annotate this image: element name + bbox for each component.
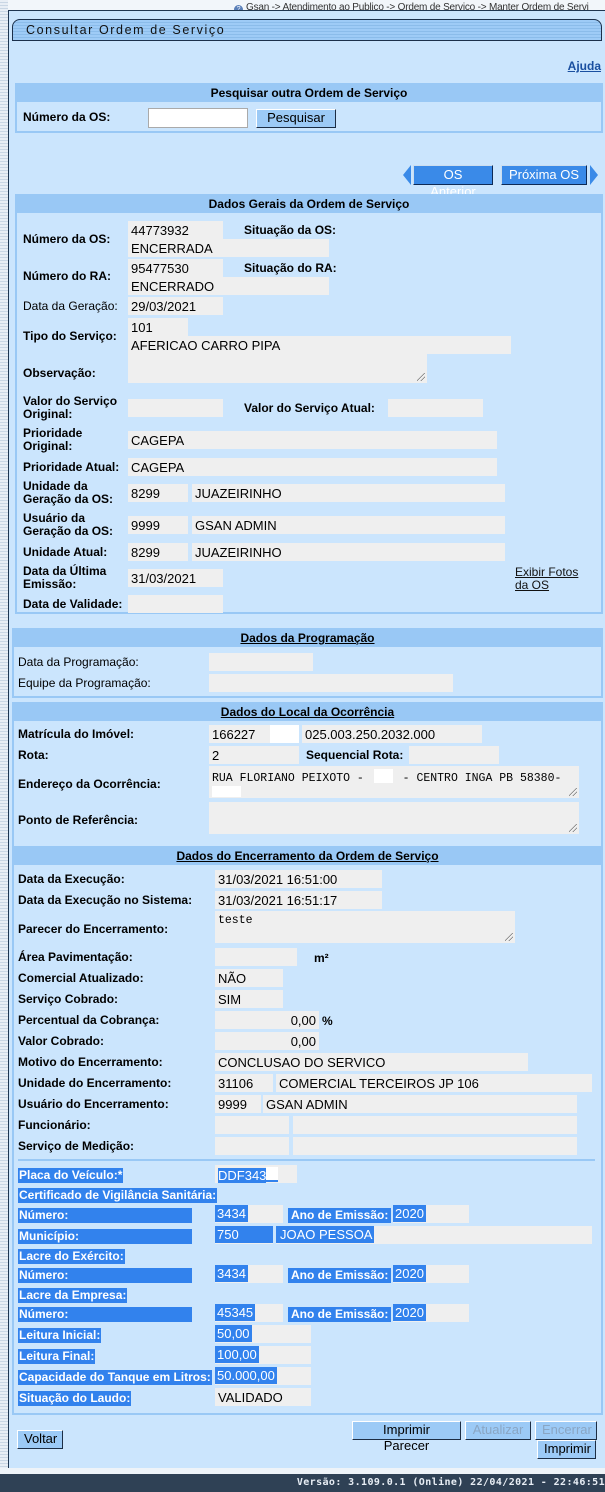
municipality-label: Município:: [18, 1229, 192, 1244]
charged-value: 0,00: [215, 1032, 319, 1050]
closure-unit-label: Unidade do Encerramento:: [18, 1077, 171, 1090]
address-line-1: RUA FLORIANO PEIXOTO -: [212, 772, 364, 785]
back-button[interactable]: Voltar: [17, 1430, 63, 1449]
company-seal-number-text: 45345: [215, 1304, 255, 1321]
resize-handle-icon[interactable]: [505, 933, 513, 941]
update-button[interactable]: Atualizar: [465, 1421, 531, 1440]
last-emission-label-line2: Emissão:: [23, 577, 76, 591]
company-seal-year-label: Ano de Emissão:: [288, 1307, 391, 1322]
army-seal-label: Lacre do Exército:: [18, 1249, 125, 1264]
print-button[interactable]: Imprimir: [537, 1440, 596, 1459]
sanitary-certificate-label: Certificado de Vigilância Sanitária:: [18, 1188, 217, 1203]
schedule-team-value: [209, 674, 453, 692]
army-seal-year-text: 2020: [393, 1265, 426, 1282]
certificate-number-text: 3434: [215, 1205, 248, 1222]
company-seal-number-label: Número:: [18, 1307, 192, 1322]
charge-percent-label: Percentual da Cobrança:: [18, 1014, 159, 1027]
municipality-name: JOAO PESSOA: [276, 1226, 592, 1244]
generation-user-name: GSAN ADMIN: [192, 516, 505, 534]
paving-area-unit: m²: [314, 952, 329, 965]
reference-label: Ponto de Referência:: [18, 814, 138, 827]
army-seal-number-value: 3434: [215, 1265, 283, 1283]
current-unit-label: Unidade Atual:: [23, 546, 107, 559]
original-priority-label-line1: Prioridade: [23, 426, 82, 440]
search-button[interactable]: Pesquisar: [256, 109, 336, 128]
next-arrow-icon[interactable]: [590, 165, 598, 185]
tank-capacity-text: 50.000,00: [215, 1367, 277, 1384]
os-status-label: Situação da OS:: [244, 224, 336, 237]
generation-unit-label-line2: Geração da OS:: [23, 492, 113, 506]
employee-code: [215, 1116, 289, 1134]
report-status-label: Situação do Laudo:: [18, 1391, 131, 1406]
validity-date-value: [128, 595, 223, 613]
initial-reading-label: Leitura Inicial:: [18, 1328, 101, 1343]
company-seal-year-text: 2020: [393, 1304, 426, 1321]
certificate-year-label: Ano de Emissão:: [288, 1208, 391, 1223]
generation-user-label: Usuário daGeração da OS:: [23, 512, 113, 538]
current-unit-code: 8299: [128, 543, 188, 561]
current-value-label: Valor do Serviço Atual:: [244, 402, 375, 415]
schedule-team-label: Equipe da Programação:: [18, 677, 151, 690]
municipality-name-text: JOAO PESSOA: [276, 1226, 374, 1243]
report-status-value: VALIDADO: [215, 1388, 311, 1406]
tank-capacity-value: 50.000,00: [215, 1367, 311, 1385]
company-seal-label: Lacre da Empresa:: [18, 1288, 127, 1303]
schedule-header-text: Dados da Programação: [240, 631, 374, 645]
address-line-2: - CENTRO INGA PB 58380-: [403, 772, 562, 785]
municipality-code-text: 750: [215, 1226, 273, 1243]
original-value-label-line2: Original:: [23, 407, 72, 421]
original-priority-label: PrioridadeOriginal:: [23, 427, 82, 453]
redacted-block: [374, 769, 393, 783]
generation-date-label: Data da Geração:: [23, 300, 118, 313]
tank-capacity-label: Capacidade do Tanque em Litros:: [18, 1370, 212, 1385]
route-label: Rota:: [18, 749, 49, 762]
closure-user-label: Usuário do Encerramento:: [18, 1098, 169, 1111]
charge-percent-unit: %: [322, 1015, 333, 1028]
original-priority-label-line2: Original:: [23, 439, 72, 453]
service-type-code: 101: [128, 318, 188, 336]
original-value-label: Valor do ServiçoOriginal:: [23, 395, 117, 421]
system-date-label: Data da Execução no Sistema:: [18, 894, 192, 907]
company-seal-year-value: 2020: [393, 1304, 469, 1322]
last-emission-label-line1: Data da Última: [23, 564, 106, 578]
paving-area-label: Área Pavimentação:: [18, 951, 133, 964]
title-bar: Consultar Ordem de Serviço: [12, 19, 602, 41]
search-label: Número da OS:: [23, 111, 110, 124]
paving-area-value: [215, 948, 297, 966]
generation-unit-label: Unidade daGeração da OS:: [23, 480, 113, 506]
final-reading-label: Leitura Final:: [18, 1349, 95, 1364]
last-emission-value: 31/03/2021: [128, 569, 223, 587]
employee-name: [293, 1116, 577, 1134]
closure-header-text: Dados do Encerramento da Ordem de Serviç…: [176, 849, 438, 863]
schedule-date-value: [209, 653, 313, 671]
general-data-header: Dados Gerais da Ordem de Serviço: [17, 196, 601, 213]
army-seal-year-value: 2020: [393, 1265, 469, 1283]
system-date-value: 31/03/2021 16:51:17: [215, 891, 382, 909]
show-photos-link[interactable]: Exibir Fotosda OS: [515, 566, 578, 592]
resize-handle-icon[interactable]: [569, 788, 577, 796]
last-emission-label: Data da ÚltimaEmissão:: [23, 565, 106, 591]
search-section: Pesquisar outra Ordem de Serviço Número …: [15, 83, 603, 133]
closure-section: Dados do Encerramento da Ordem de Serviç…: [12, 846, 603, 1415]
close-os-button[interactable]: Encerrar: [535, 1421, 597, 1440]
army-seal-number-label: Número:: [18, 1268, 192, 1283]
os-number-label: Número da OS:: [23, 233, 110, 246]
army-seal-number-text: 3434: [215, 1265, 248, 1282]
help-link[interactable]: Ajuda: [568, 59, 601, 73]
observation-textarea[interactable]: [128, 351, 427, 383]
generation-date-value: 29/03/2021: [128, 297, 223, 315]
redacted-block: [212, 786, 241, 797]
closure-reason-value: CONCLUSAO DO SERVICO: [215, 1053, 528, 1071]
vehicle-plate-value: DDF343: [215, 1165, 297, 1183]
property-id-label: Matrícula do Imóvel:: [18, 728, 134, 741]
service-charged-label: Serviço Cobrado:: [18, 993, 118, 1006]
show-photos-link-line1[interactable]: Exibir Fotos: [515, 565, 578, 579]
footer-version: Versão: 3.109.0.1 (Online) 22/04/2021 - …: [0, 1474, 605, 1492]
service-type-label: Tipo do Serviço:: [23, 330, 117, 343]
plate-trailing-selection: [266, 1167, 278, 1182]
location-header: Dados do Local da Ocorrência: [14, 704, 601, 721]
location-section: Dados do Local da Ocorrência Matrícula d…: [12, 702, 603, 850]
certificate-number-label: Número:: [18, 1208, 192, 1223]
current-priority-value: CAGEPA: [128, 458, 497, 476]
schedule-section: Dados da Programação Data da Programação…: [12, 628, 603, 698]
ra-status-label: Situação do RA:: [244, 262, 337, 275]
certificate-number-value: 3434: [215, 1205, 283, 1223]
army-seal-year-label: Ano de Emissão:: [288, 1268, 391, 1283]
generation-unit-code: 8299: [128, 484, 188, 502]
initial-reading-value: 50,00: [215, 1325, 311, 1343]
service-charged-value: SIM: [215, 990, 283, 1008]
general-data-section: Dados Gerais da Ordem de Serviço Número …: [15, 194, 603, 614]
closure-opinion-textarea[interactable]: teste: [215, 911, 515, 943]
ra-status-value: ENCERRADO: [128, 277, 329, 295]
final-reading-value: 100,00: [215, 1346, 311, 1364]
section-divider: [18, 1159, 595, 1161]
address-label: Endereço da Ocorrência:: [18, 778, 161, 791]
os-status-value: ENCERRADA: [128, 239, 329, 257]
original-value-label-line1: Valor do Serviço: [23, 394, 117, 408]
search-header: Pesquisar outra Ordem de Serviço: [17, 85, 601, 102]
generation-unit-name: JUAZEIRINHO: [192, 484, 505, 502]
certificate-year-value: 2020: [393, 1205, 469, 1223]
execution-date-value: 31/03/2021 16:51:00: [215, 870, 382, 888]
commercial-updated-label: Comercial Atualizado:: [18, 972, 144, 985]
generation-user-label-line2: Geração da OS:: [23, 524, 113, 538]
main-panel: Consultar Ordem de Serviço Ajuda Pesquis…: [8, 10, 605, 1470]
current-priority-label: Prioridade Atual:: [23, 461, 119, 474]
closure-opinion-label: Parecer do Encerramento:: [18, 923, 168, 936]
route-sequence-value: [409, 746, 499, 764]
measurement-service-code: [215, 1137, 289, 1155]
os-number-value: 44773932: [128, 221, 223, 239]
commercial-updated-value: NÃO: [215, 969, 283, 987]
validity-date-label: Data de Validade:: [23, 598, 122, 611]
os-number-input[interactable]: [148, 108, 248, 128]
charge-percent-value: 0,00: [215, 1011, 319, 1029]
initial-reading-text: 50,00: [215, 1325, 252, 1342]
closure-reason-label: Motivo do Encerramento:: [18, 1056, 163, 1069]
next-os-button[interactable]: Próxima OS: [501, 165, 587, 185]
closure-user-code: 9999: [215, 1095, 261, 1113]
closure-header: Dados do Encerramento da Ordem de Serviç…: [14, 848, 601, 865]
print-opinion-button[interactable]: Imprimir Parecer: [352, 1421, 461, 1440]
resize-handle-icon[interactable]: [569, 824, 577, 832]
current-unit-name: JUAZEIRINHO: [192, 543, 505, 561]
address-textarea[interactable]: RUA FLORIANO PEIXOTO - - CENTRO INGA PB …: [209, 766, 579, 798]
route-value: 2: [209, 746, 299, 764]
prev-os-button[interactable]: OS Anterior: [413, 165, 493, 185]
ra-number-value: 95477530: [128, 259, 223, 277]
closure-user-name: GSAN ADMIN: [263, 1095, 577, 1113]
reference-textarea[interactable]: [209, 802, 579, 834]
charged-value-label: Valor Cobrado:: [18, 1035, 104, 1048]
generation-user-label-line1: Usuário da: [23, 511, 85, 525]
page-title: Consultar Ordem de Serviço: [26, 23, 225, 37]
certificate-year-text: 2020: [393, 1205, 426, 1222]
schedule-date-label: Data da Programação:: [18, 656, 139, 669]
property-inscription-value: 025.003.250.2032.000: [302, 725, 482, 743]
municipality-code: 750: [215, 1226, 273, 1244]
closure-unit-name: COMERCIAL TERCEIROS JP 106: [276, 1074, 592, 1092]
measurement-service-name: [293, 1137, 577, 1155]
ra-number-label: Número do RA:: [23, 270, 111, 283]
vehicle-plate-label: Placa do Veículo:*: [18, 1168, 123, 1183]
observation-label: Observação:: [23, 367, 96, 380]
show-photos-link-line2[interactable]: da OS: [515, 578, 549, 592]
property-id-value: 166227: [209, 725, 299, 743]
original-priority-value: CAGEPA: [128, 431, 497, 449]
employee-label: Funcionário:: [18, 1119, 91, 1132]
measurement-service-label: Serviço de Medição:: [18, 1140, 134, 1153]
resize-handle-icon[interactable]: [417, 373, 425, 381]
final-reading-text: 100,00: [215, 1346, 259, 1363]
schedule-header: Dados da Programação: [14, 630, 601, 647]
current-value-field: [388, 399, 483, 417]
original-value-field: [128, 399, 223, 417]
left-decoration: [0, 0, 8, 1474]
location-header-text: Dados do Local da Ocorrência: [221, 705, 394, 719]
execution-date-label: Data da Execução:: [18, 873, 125, 886]
prev-arrow-icon[interactable]: [403, 165, 411, 185]
route-sequence-label: Sequencial Rota:: [306, 749, 403, 762]
company-seal-number-value: 45345: [215, 1304, 283, 1322]
generation-user-code: 9999: [128, 516, 188, 534]
generation-unit-label-line1: Unidade da: [23, 479, 88, 493]
closure-unit-code: 31106: [215, 1074, 273, 1092]
vehicle-plate-text: DDF343: [218, 1168, 266, 1183]
